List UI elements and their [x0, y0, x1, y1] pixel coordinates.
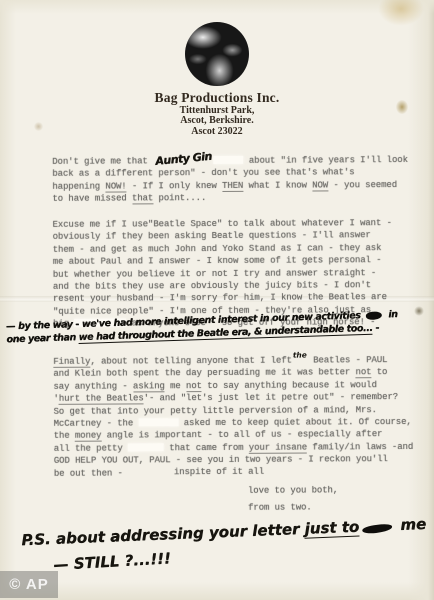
scanned-letter-page: Bag Productions Inc. Tittenhurst Park, A…	[0, 0, 434, 600]
typed-text: one year than	[6, 332, 79, 345]
underlined-typed-text: Finally	[53, 357, 90, 368]
underlined-typed-text: NOW!	[105, 181, 126, 192]
typed-text: angle is important - to all of us - espe…	[101, 429, 382, 440]
underlined-typed-text: that	[132, 194, 153, 205]
underlined-typed-text: just to	[304, 518, 359, 539]
closing-line: from us two.	[248, 503, 312, 513]
underlined-typed-text: asking	[133, 381, 165, 392]
typed-text: and Klein both spent the day persuading …	[53, 368, 355, 380]
typed-text: but whether you believe it or not I try …	[53, 268, 376, 280]
letter-line: Finally, about not telling anyone that I…	[53, 349, 425, 363]
ink-scribble	[362, 523, 393, 534]
typed-text: Don't give me that	[52, 156, 153, 167]
typed-text: that came from	[164, 443, 249, 453]
letter-line: Don't give me that Aunty Gin about "in f…	[52, 149, 424, 163]
ps-handwritten-line: P.S. about addressing your letter just t…	[21, 515, 426, 549]
typed-text: and the bits they use are obviously the …	[53, 280, 371, 292]
underlined-typed-text: your insane	[249, 442, 307, 453]
ps-handwritten-line: — STILL ?...!!!	[53, 549, 171, 574]
typed-text: Beatles - PAUL	[308, 355, 388, 365]
letter-line: Excuse me if I use"Beatle Space" to talk…	[53, 212, 425, 226]
typed-text: all the petty	[54, 443, 128, 453]
typed-text: me	[165, 381, 186, 391]
typed-text: GOD HELP YOU OUT, PAUL - see you in two …	[54, 454, 388, 466]
typed-text: me about Paul and I answer - I know some…	[53, 255, 382, 267]
typed-text: - you seemed	[328, 180, 397, 190]
typed-text: , about not telling anyone that I left	[90, 356, 291, 367]
typed-text: asked me to keep quiet about it. Of cour…	[178, 417, 411, 428]
typed-text: — STILL ?...!!!	[53, 549, 171, 574]
closing-line: love to you both,	[248, 485, 338, 495]
typed-text: to say anything because it would	[202, 380, 377, 391]
typed-text: - If I only knew	[127, 181, 222, 191]
underlined-typed-text: not	[186, 381, 202, 392]
typed-text: Excuse me if I use"Beatle Space" to talk…	[53, 218, 392, 230]
typed-text: McCartney - the	[54, 418, 139, 428]
typed-text: them - and get as much John and Yoko Sta…	[53, 243, 382, 255]
typed-text: back as a different person" - don't you …	[52, 168, 354, 180]
typed-text: the	[54, 431, 75, 441]
letter-body: Don't give me that Aunty Gin about "in f…	[0, 0, 434, 600]
typed-text: '- and "let's just let it petre out" - r…	[144, 392, 399, 403]
handwritten-caret-insertion: the	[293, 351, 307, 360]
typed-text: So get that into your petty little perve…	[54, 405, 377, 417]
underlined-typed-text: THEN	[222, 181, 243, 192]
underlined-typed-text: hurt the Beatles	[59, 394, 144, 405]
typed-text: in	[385, 309, 397, 320]
typed-text: me	[395, 515, 427, 534]
typed-text: to have missed	[52, 194, 132, 204]
typed-text: say anything -	[53, 381, 133, 391]
underlined-typed-text: not	[356, 368, 372, 379]
letter-paragraph: Finally, about not telling anyone that I…	[53, 349, 426, 475]
typed-text: P.S. about addressing your letter	[21, 520, 305, 549]
ap-watermark: © AP	[0, 571, 58, 598]
typed-text: -	[372, 323, 379, 334]
letter-paragraph: Don't give me that Aunty Gin about "in f…	[52, 149, 424, 201]
underlined-typed-text: money	[75, 431, 102, 442]
typed-text: to	[371, 367, 387, 377]
underlined-typed-text: NOW	[312, 180, 328, 191]
typed-text: about "in five years I'll look	[244, 155, 408, 166]
typed-text: happening	[52, 181, 105, 191]
typed-text: point....	[153, 193, 206, 203]
typed-text: be out then -	[54, 468, 123, 478]
typed-text: what I know	[243, 180, 312, 190]
closing-line: inspite of it all	[174, 467, 264, 477]
ink-scribble	[366, 311, 383, 321]
typed-text: family/in laws -and	[307, 442, 413, 453]
